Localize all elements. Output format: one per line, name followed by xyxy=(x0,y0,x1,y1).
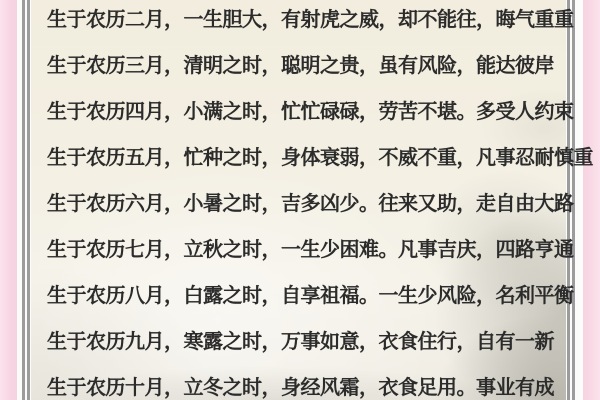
fortune-row-text: 生于农历十月，立冬之时，身经风霜，衣食足用。事业有成 xyxy=(47,371,554,400)
fortune-row: 生于农历五月，忙种之时，身体衰弱，不威不重，凡事忍耐慎重 xyxy=(31,132,566,178)
fortune-row-text: 生于农历二月，一生胆大，有射虎之威，却不能往，晦气重重 xyxy=(47,3,574,32)
fortune-list: 生于农历二月，一生胆大，有射虎之威，却不能往，晦气重重 生于农历三月，清明之时，… xyxy=(31,0,566,400)
page-background: 生于农历二月，一生胆大，有射虎之威，却不能往，晦气重重 生于农历三月，清明之时，… xyxy=(0,0,600,400)
fortune-row: 生于农历六月，小暑之时，吉多凶少。往来又助，走自由大路 xyxy=(31,178,566,224)
fortune-row: 生于农历三月，清明之时，聪明之贵，虽有风险，能达彼岸 xyxy=(31,40,566,86)
fortune-row-text: 生于农历三月，清明之时，聪明之贵，虽有风险，能达彼岸 xyxy=(47,49,554,78)
fortune-row: 生于农历八月，白露之时，自享祖福。一生少风险，名利平衡 xyxy=(31,270,566,316)
fortune-row-text: 生于农历七月，立秋之时，一生少困难。凡事吉庆，四路亨通 xyxy=(47,233,574,262)
fortune-row: 生于农历七月，立秋之时，一生少困难。凡事吉庆，四路亨通 xyxy=(31,224,566,270)
fortune-row: 生于农历四月，小满之时，忙忙碌碌，劳苦不堪。多受人约束 xyxy=(31,86,566,132)
fortune-row-text: 生于农历八月，白露之时，自享祖福。一生少风险，名利平衡 xyxy=(47,279,574,308)
fortune-row-text: 生于农历六月，小暑之时，吉多凶少。往来又助，走自由大路 xyxy=(47,187,574,216)
fortune-row: 生于农历二月，一生胆大，有射虎之威，却不能往，晦气重重 xyxy=(31,0,566,40)
fortune-row-text: 生于农历四月，小满之时，忙忙碌碌，劳苦不堪。多受人约束 xyxy=(47,95,574,124)
fortune-row-text: 生于农历九月，寒露之时，万事如意，衣食住行，自有一新 xyxy=(47,325,554,354)
fortune-row: 生于农历九月，寒露之时，万事如意，衣食住行，自有一新 xyxy=(31,316,566,362)
fortune-row: 生于农历十月，立冬之时，身经风霜，衣食足用。事业有成 xyxy=(31,362,566,400)
fortune-row-text: 生于农历五月，忙种之时，身体衰弱，不威不重，凡事忍耐慎重 xyxy=(47,141,593,170)
